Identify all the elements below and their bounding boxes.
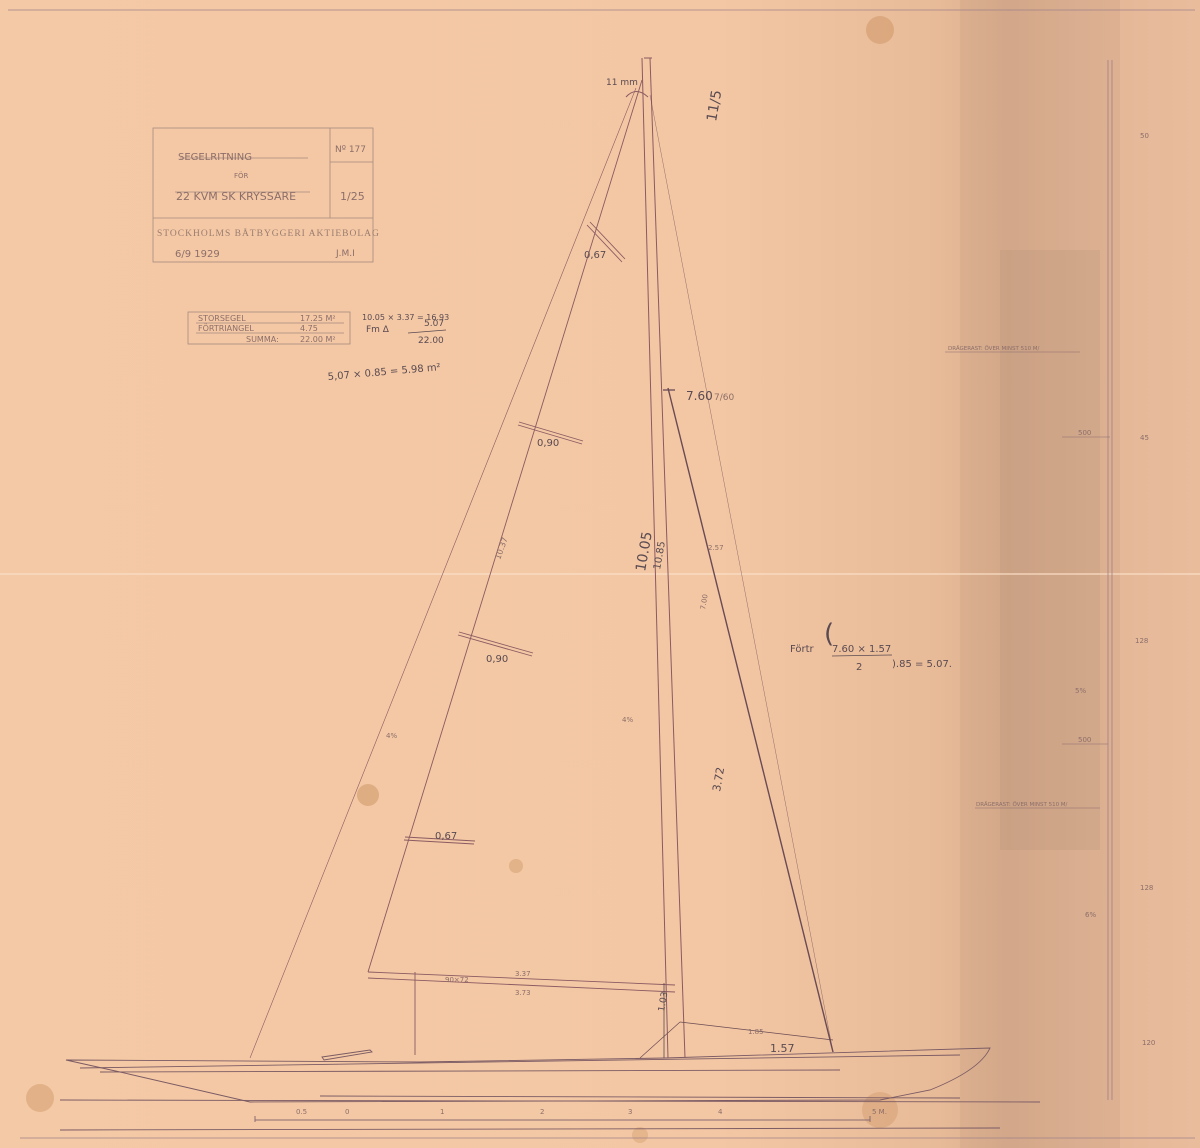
batten-label: 0,67 — [584, 250, 606, 261]
forestay-note: 7/60 — [714, 393, 734, 403]
scale-tick: 0.5 — [296, 1108, 307, 1116]
pct-label: 5% — [1075, 687, 1086, 695]
title-number: Nº 177 — [335, 145, 366, 155]
leech-dim: 10.37 — [493, 536, 509, 561]
table-row-label: SUMMA: — [246, 335, 279, 344]
scale-tick: 0 — [345, 1108, 349, 1116]
calc-foretriangle-num: 7.60 × 1.57 — [832, 644, 891, 655]
title-drawing-name: SEGELRITNING — [178, 152, 252, 163]
boom-length: 3.37 — [515, 970, 531, 978]
pct-label: 4% — [386, 732, 397, 740]
table-row-value: 17.25 M² — [300, 314, 336, 323]
jib-dim: 3.72 — [710, 766, 727, 792]
side-note: DRÄGERAST: ÖVER MINST 510 M/ — [948, 345, 1040, 352]
spreader-dim: 2.57 — [708, 544, 724, 552]
title-for-label: FÖR — [234, 171, 249, 180]
jib — [640, 95, 833, 1058]
boom-lower: 3.73 — [515, 989, 531, 997]
scale-tick: 3 — [628, 1108, 632, 1116]
scale-tick: 4 — [718, 1108, 723, 1116]
fraction-bar — [832, 655, 892, 656]
calc-line-2: 5.07 — [424, 319, 444, 329]
pct-label: 4% — [622, 716, 633, 724]
right-scale-mark: 128 — [1140, 884, 1153, 892]
title-date: 6/9 1929 — [175, 249, 220, 260]
forestay-height: 7.60 — [686, 389, 713, 403]
scale-tick: 5 M. — [872, 1108, 887, 1116]
jib-foot: 1.57 — [770, 1042, 795, 1055]
table-row-label: FÖRTRIANGEL — [198, 323, 254, 333]
right-scale-mark: 120 — [1142, 1039, 1155, 1047]
calc-foretriangle-prefix: Förtr — [790, 644, 815, 655]
scale-tick: 2 — [540, 1108, 544, 1116]
boom-section: 90×72 — [445, 976, 469, 984]
right-scale-mark: 50 — [1140, 132, 1149, 140]
mast-top-mark: 11/5 — [704, 89, 725, 123]
title-scale: 1/25 — [340, 190, 365, 203]
title-initials: J.M.I — [335, 249, 355, 259]
side-dim: 500 — [1078, 429, 1091, 437]
calc-total: 22.00 — [418, 336, 444, 346]
title-vessel: 22 KVM SK KRYSSARE — [176, 190, 296, 203]
calc-foretriangle-suffix: ).85 = 5.07. — [892, 659, 952, 670]
sail-plan-drawing: SEGELRITNING FÖR 22 KVM SK KRYSSARE Nº 1… — [0, 0, 1200, 1148]
drawing-sheet: SEGELRITNING FÖR 22 KVM SK KRYSSARE Nº 1… — [0, 0, 1200, 1148]
mast-dim: 7.00 — [699, 594, 710, 611]
side-note: DRÄGERAST: ÖVER MINST 510 M/ — [976, 801, 1068, 808]
mainsail — [250, 80, 675, 1058]
right-scale-mark: 128 — [1135, 637, 1148, 645]
paper-stains — [0, 0, 1200, 1148]
pct-label: 6% — [1085, 911, 1096, 919]
foretriangle-base: 1.85 — [748, 1028, 764, 1036]
calc-label: Fm Δ — [366, 325, 390, 335]
calc-jib-area: 5,07 × 0.85 = 5.98 m² — [327, 362, 441, 383]
calc-underline — [408, 330, 446, 333]
side-dim: 500 — [1078, 736, 1091, 744]
scale-tick: 1 — [440, 1108, 444, 1116]
table-row-value: 4.75 — [300, 324, 318, 333]
right-scale-mark: 45 — [1140, 434, 1149, 442]
table-row-value: 22.00 M² — [300, 335, 336, 344]
masthead-label: 11 mm — [606, 78, 638, 88]
batten-label: 0,90 — [486, 654, 508, 665]
table-row-label: STORSEGEL — [198, 314, 246, 323]
batten-label: 0,67 — [435, 831, 457, 842]
batten-label: 0,90 — [537, 438, 559, 449]
scale-bar — [255, 1116, 870, 1122]
title-company: STOCKHOLMS BÅTBYGGERI AKTIEBOLAG — [157, 227, 380, 239]
calc-foretriangle-den: 2 — [856, 662, 862, 673]
